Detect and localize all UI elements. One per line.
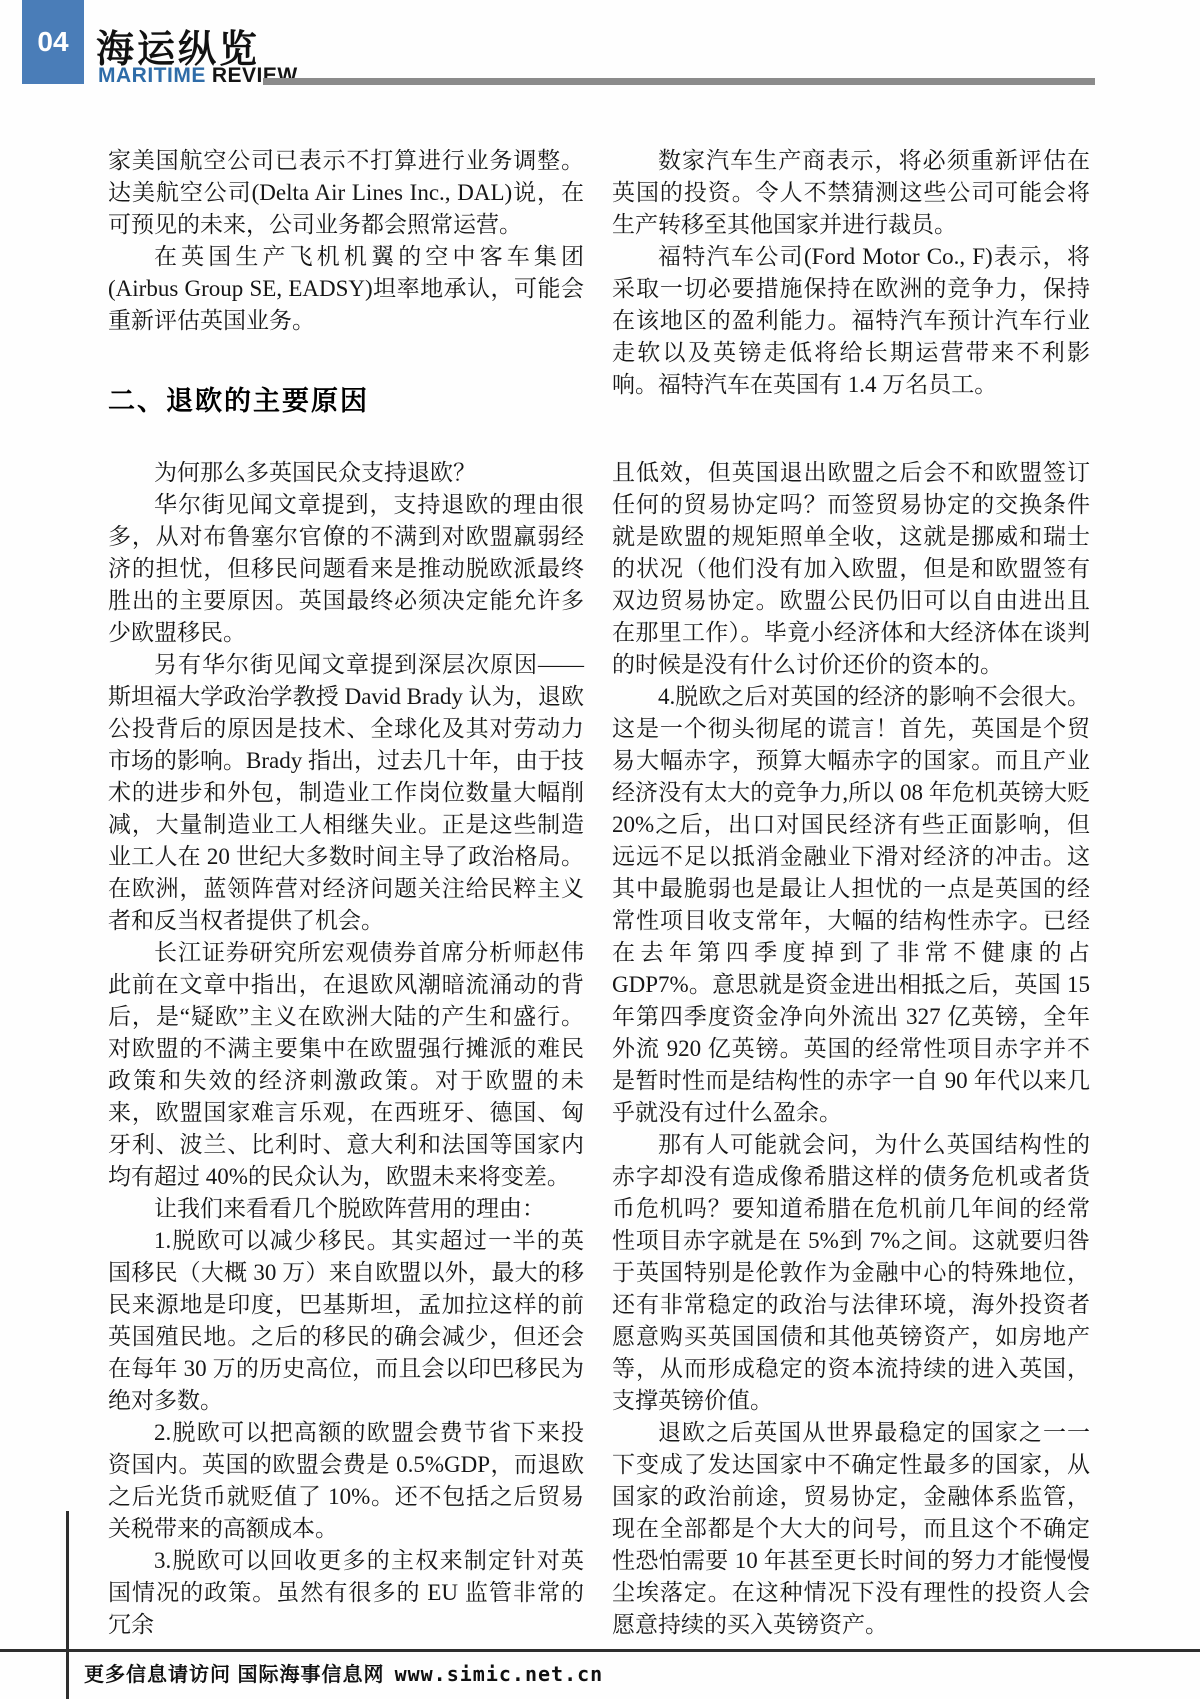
article-column-band1-left: 家美国航空公司已表示不打算进行业务调整。达美航空公司(Delta Air Lin… — [108, 145, 584, 337]
paragraph: 数家汽车生产商表示，将必须重新评估在英国的投资。令人不禁猜测这些公司可能会将生产… — [612, 145, 1090, 241]
footer-note-text: 更多信息请访问 国际海事信息网 — [84, 1664, 385, 1686]
subtitle-maritime: MARITIME — [98, 64, 206, 87]
paragraph: 3.脱欧可以回收更多的主权来制定针对英国情况的政策。虽然有很多的 EU 监管非常… — [108, 1545, 584, 1641]
paragraph: 另有华尔街见闻文章提到深层次原因——斯坦福大学政治学教授 David Brady… — [108, 649, 584, 937]
paragraph: 2.脱欧可以把高额的欧盟会费节省下来投资国内。英国的欧盟会费是 0.5%GDP，… — [108, 1417, 584, 1545]
page-number: 04 — [37, 26, 68, 58]
paragraph: 4.脱欧之后对英国的经济的影响不会很大。这是一个彻头彻尾的谎言！首先，英国是个贸… — [612, 681, 1090, 1129]
paragraph: 1.脱欧可以减少移民。其实超过一半的英国移民（大概 30 万）来自欧盟以外，最大… — [108, 1225, 584, 1417]
paragraph: 长江证券研究所宏观债券首席分析师赵伟此前在文章中指出，在退欧风潮暗流涌动的背后，… — [108, 937, 584, 1193]
footer-website-url: www.simic.net.cn — [395, 1662, 604, 1686]
page-number-badge: 04 — [22, 0, 84, 84]
article-column-band2-right: 且低效，但英国退出欧盟之后会不和欧盟签订任何的贸易协定吗？而签贸易协定的交换条件… — [612, 457, 1090, 1641]
footer-note: 更多信息请访问 国际海事信息网www.simic.net.cn — [84, 1658, 603, 1687]
paragraph: 且低效，但英国退出欧盟之后会不和欧盟签订任何的贸易协定吗？而签贸易协定的交换条件… — [612, 457, 1090, 681]
header-rule — [263, 78, 1095, 85]
footer-rule — [0, 1649, 1200, 1652]
paragraph: 在英国生产飞机机翼的空中客车集团(Airbus Group SE, EADSY)… — [108, 241, 584, 337]
article-column-band2-left: 为何那么多英国民众支持退欧？华尔街见闻文章提到，支持退欧的理由很多，从对布鲁塞尔… — [108, 457, 584, 1641]
paragraph: 华尔街见闻文章提到，支持退欧的理由很多，从对布鲁塞尔官僚的不满到对欧盟羸弱经济的… — [108, 489, 584, 649]
footer-crop-line-vertical — [66, 1511, 69, 1699]
article-column-band1-right: 数家汽车生产商表示，将必须重新评估在英国的投资。令人不禁猜测这些公司可能会将生产… — [612, 145, 1090, 401]
section-heading: 二、退欧的主要原因 — [108, 379, 369, 418]
paragraph: 为何那么多英国民众支持退欧？ — [108, 457, 584, 489]
paragraph: 家美国航空公司已表示不打算进行业务调整。达美航空公司(Delta Air Lin… — [108, 145, 584, 241]
paragraph: 让我们来看看几个脱欧阵营用的理由： — [108, 1193, 584, 1225]
paragraph: 那有人可能就会问，为什么英国结构性的赤字却没有造成像希腊这样的债务危机或者货币危… — [612, 1129, 1090, 1417]
paragraph: 福特汽车公司(Ford Motor Co., F)表示，将采取一切必要措施保持在… — [612, 241, 1090, 401]
paragraph: 退欧之后英国从世界最稳定的国家之一一下变成了发达国家中不确定性最多的国家，从国家… — [612, 1417, 1090, 1641]
